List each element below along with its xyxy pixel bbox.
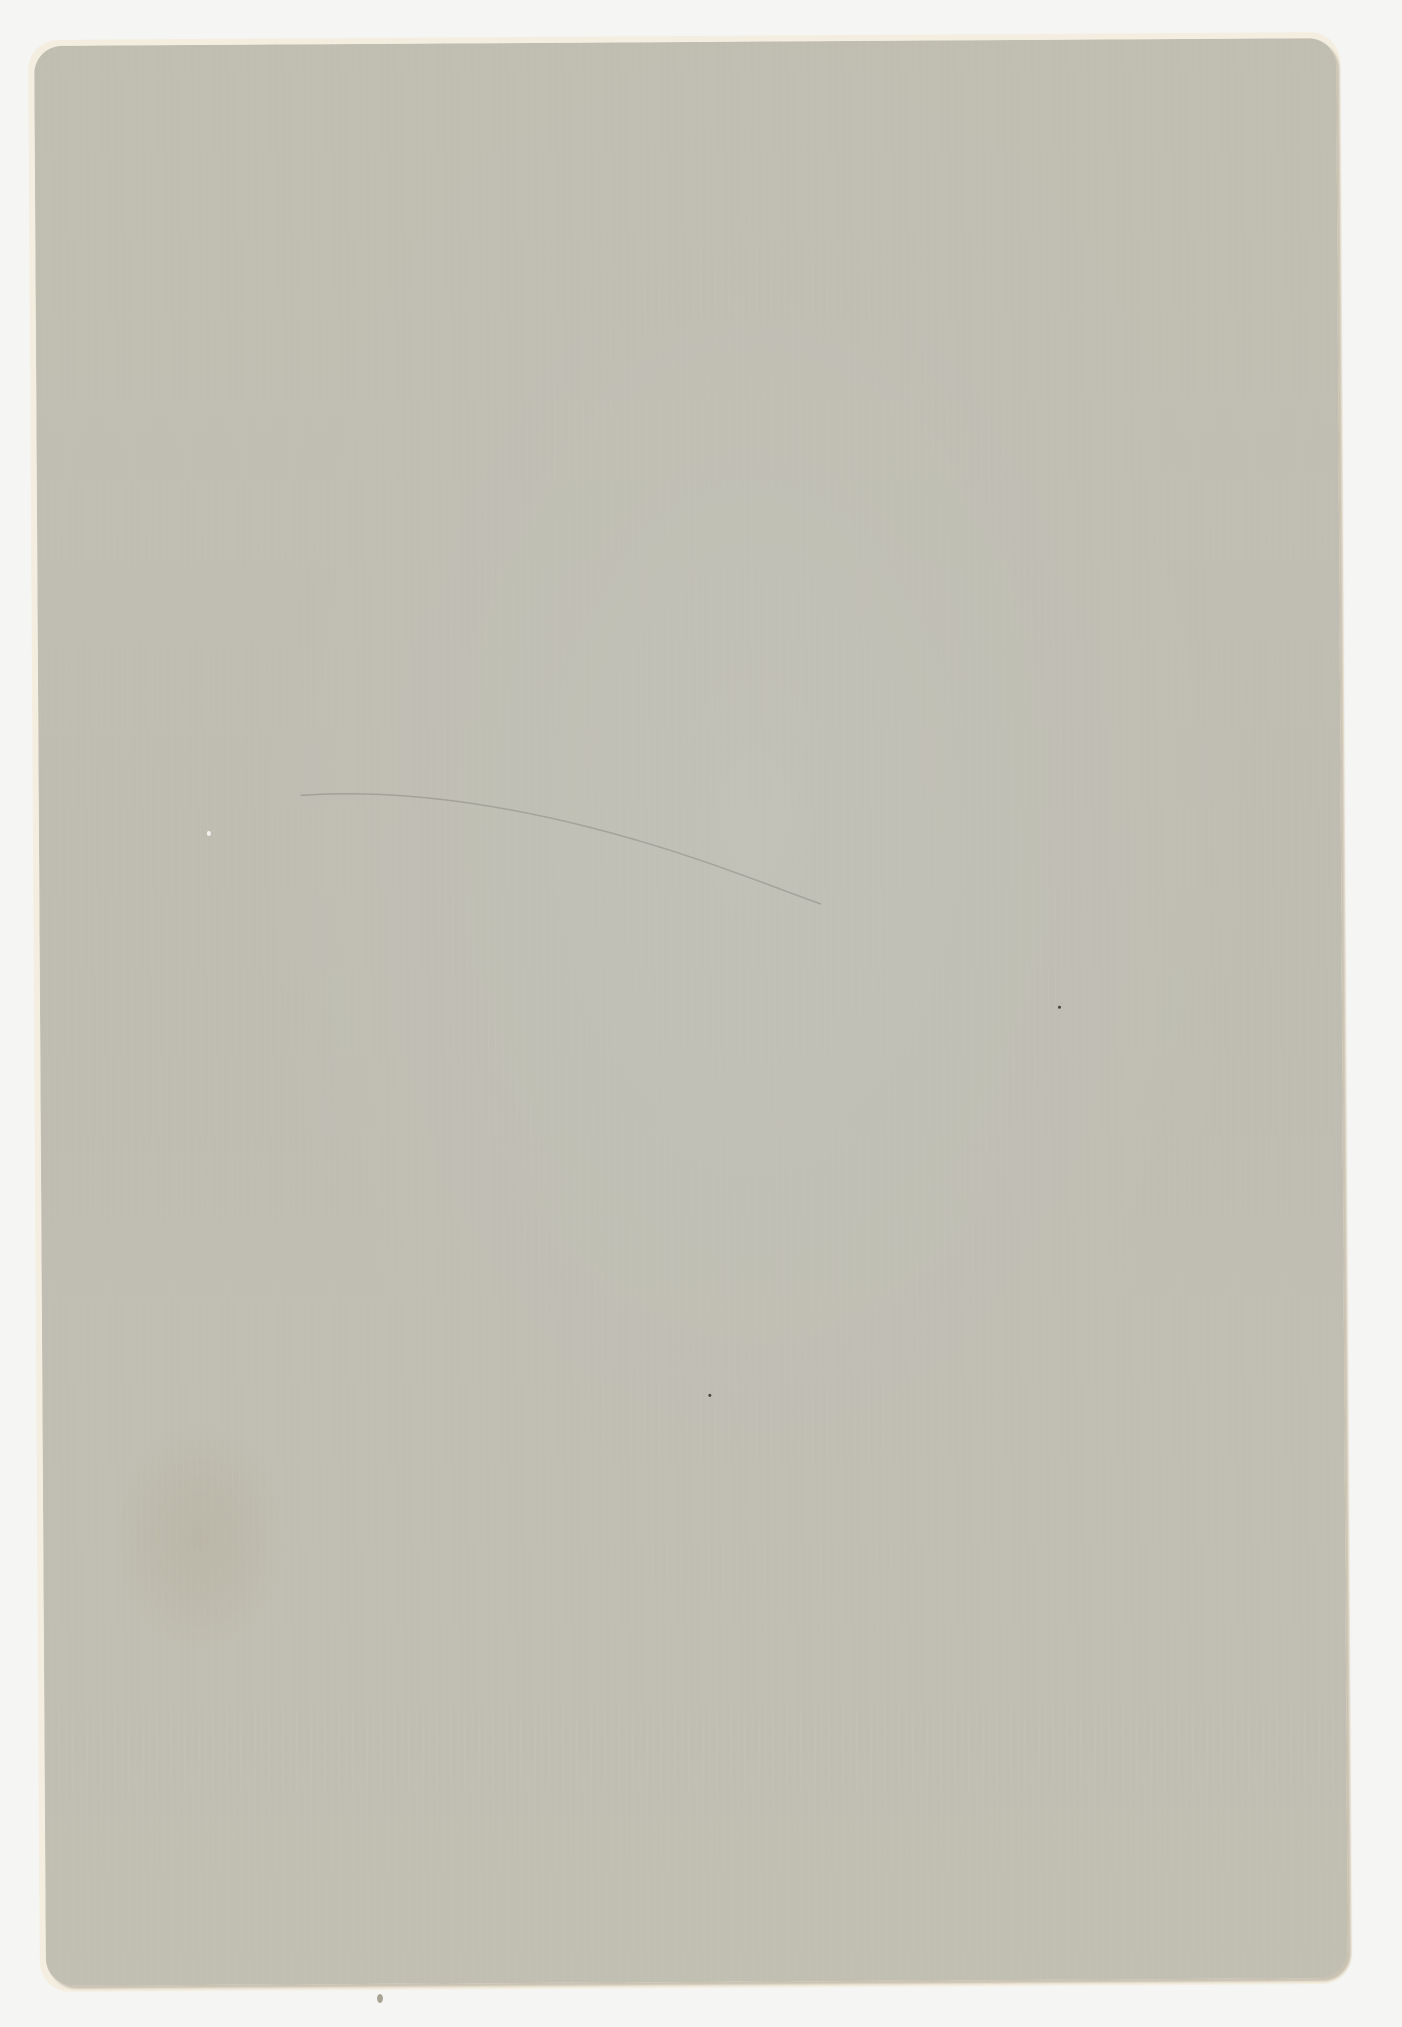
light-speck: [207, 831, 211, 836]
blank-card-back: [34, 38, 1348, 1986]
dust-mark: [377, 1994, 383, 2003]
scan-background: [0, 0, 1402, 2027]
dirt-speck: [1058, 1006, 1061, 1009]
scratch-mark: [301, 786, 822, 909]
dirt-speck: [708, 1394, 711, 1397]
